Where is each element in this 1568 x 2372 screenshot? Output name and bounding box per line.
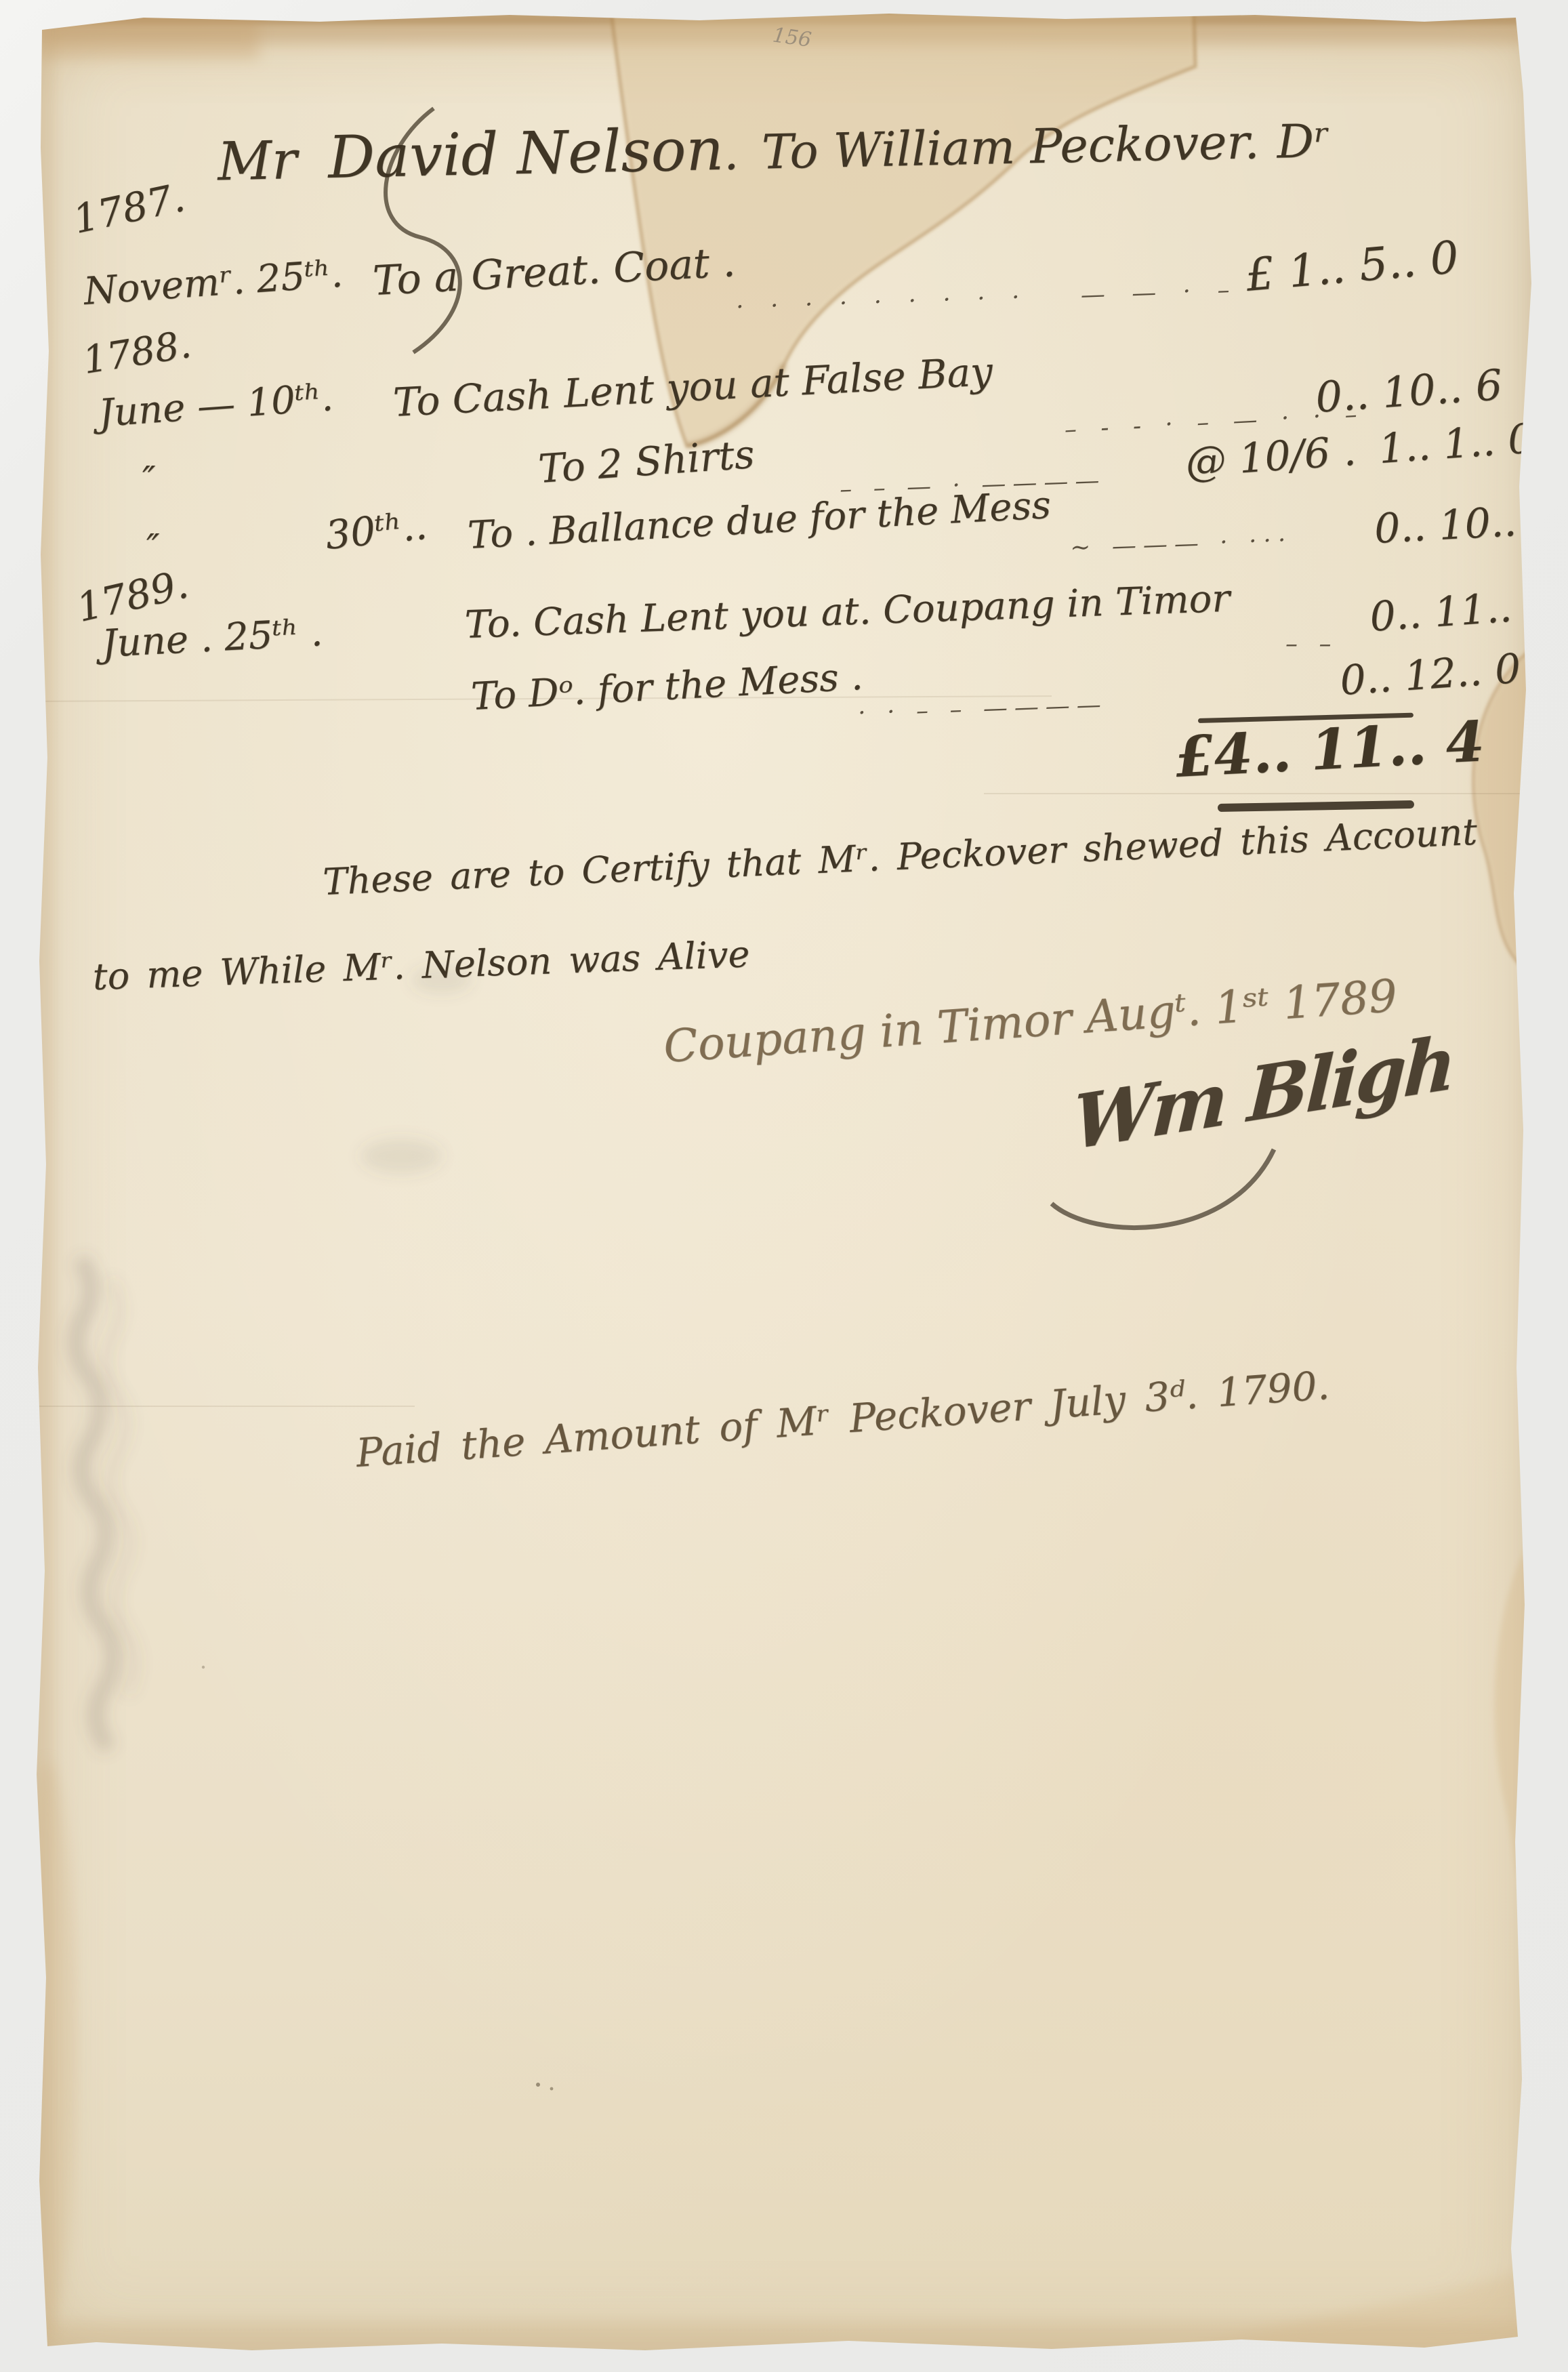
receipt-note: Paid the Amount of Mʳ Peckover July 3ᵈ. … (354, 1362, 1331, 1476)
paper-crease (984, 793, 1531, 794)
total-rule-bottom (1218, 800, 1414, 812)
year-label-1787: 1787. (69, 174, 189, 243)
row-date: June — 10ᵗʰ. (97, 375, 334, 436)
title-dr-abbrev: Dʳ (1277, 115, 1331, 169)
row-description: To. Cash Lent you at. Coupang in Timor (464, 577, 1231, 647)
dotted-leader: · · · · · · · · · — — · – (736, 276, 1240, 321)
ditto-mark: ″ (146, 527, 159, 568)
row-description: To . Ballance due for the Mess (467, 483, 1052, 558)
title-prefix: Mr (217, 130, 297, 192)
title-debtor-name: David Nelson (327, 116, 724, 192)
dotted-leader: ~ ——— · ··· (1070, 527, 1294, 562)
paper-crease (35, 1406, 415, 1407)
pencil-folio-number: 156 (771, 23, 813, 52)
row-date: Novemʳ. 25ᵗʰ. (82, 251, 344, 314)
ditto-mark: ″ (142, 459, 155, 500)
paper-sheet: 156 MrDavid Nelson.To William Peckover.D… (35, 12, 1531, 2352)
certification-line-1: These are to Certify that Mʳ. Peckover s… (322, 811, 1478, 903)
title-creditor-name: To William Peckover (761, 115, 1245, 180)
row-amount: 0.. 10.. 6 (1314, 360, 1504, 422)
dotted-leader: – – (1285, 630, 1338, 658)
certification-line-2: to me While Mʳ. Nelson was Alive (92, 933, 751, 998)
year-label-1788: 1788. (80, 323, 194, 383)
bligh-signature: Wm Bligh (1071, 1019, 1456, 1167)
row-amount: 1.. 1.. 0 (1377, 415, 1535, 473)
row-amount: 0.. 10.. 6 (1373, 496, 1556, 553)
row-description: To Dᵒ. for the Mess . (470, 655, 864, 719)
right-edge-stain (1473, 649, 1531, 975)
document-title: MrDavid Nelson.To William Peckover.Dʳ (196, 90, 1331, 207)
row-description: To 2 Shirts (537, 431, 756, 492)
row-amount: £ 1.. 5.. 0 (1243, 231, 1460, 302)
row-amount: 0.. 11.. 0 (1368, 581, 1552, 641)
row-day: 30ᵗʰ.. (323, 502, 429, 558)
ghost-bleedthrough (77, 1259, 113, 1749)
row-description: To a Great. Coat . (371, 239, 737, 305)
row-amount: 0.. 12.. 0 (1338, 645, 1522, 705)
page-background: 156 MrDavid Nelson.To William Peckover.D… (0, 0, 1568, 2372)
row-description: To Cash Lent you at False Bay (392, 348, 993, 426)
